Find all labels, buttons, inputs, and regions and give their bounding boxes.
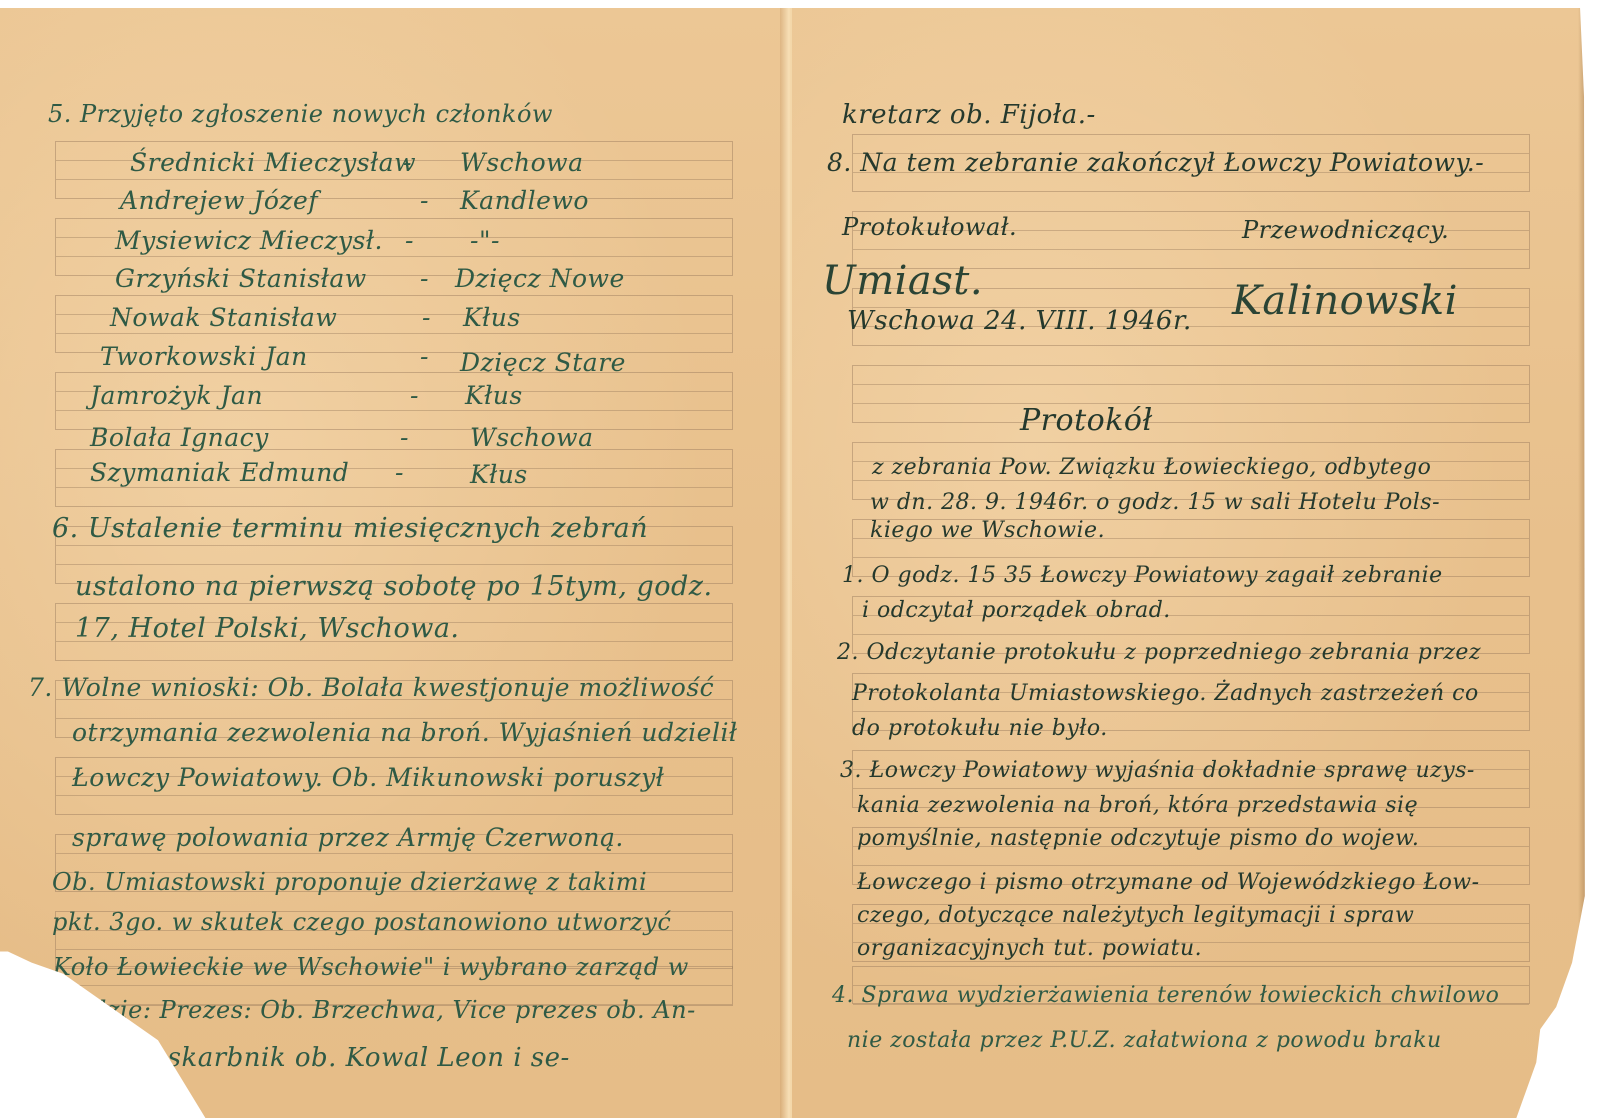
text-line: Łowczy Powiatowy. Ob. Mikunowski poruszy… [72,763,664,792]
item-line: nie została przez P.U.Z. załatwiona z po… [847,1028,1442,1053]
member-name: Grzyński Stanisław [115,264,367,293]
item-line: 3. Łowczy Powiatowy wyjaśnia dokładnie s… [840,758,1475,783]
text-line: 7. Wolne wnioski: Ob. Bolała kwestjonuje… [28,673,714,702]
item-line: pomyślnie, następnie odczytuje pismo do … [857,826,1419,851]
member-dash: - [410,381,419,410]
member-place: Dzięcz Stare [460,348,626,377]
item-5-heading: 5. Przyjęto zgłoszenie nowych członków [48,100,553,128]
text-line: drejew, skarbnik ob. Kowal Leon i se- [60,1043,570,1073]
member-place: -"- [470,226,500,255]
item-line: Łowczego i pismo otrzymane od Wojewódzki… [857,870,1480,895]
member-name: Andrejew Józef [120,186,318,215]
text-line: pkt. 3go. w skutek czego postanowiono ut… [52,908,671,936]
text-line: otrzymania zezwolenia na broń. Wyjaśnień… [72,718,738,747]
member-place: Kłus [465,381,523,410]
place-date: Wschowa 24. VIII. 1946r. [847,306,1192,336]
notebook-spread: 5. Przyjęto zgłoszenie nowych członków Ś… [0,0,1600,1118]
member-dash: - [420,264,429,293]
text-line: 17, Hotel Polski, Wschowa. [75,613,460,644]
item-line: 4. Sprawa wydzierżawienia terenów łowiec… [832,983,1499,1008]
recorder-label: Protokułował. [842,213,1017,241]
item-line: organizacyjnych tut. powiatu. [857,936,1202,961]
recorder-signature: Umiast. [822,258,983,304]
member-name: Bolała Ignacy [90,423,269,452]
text-line: ustalono na pierwszą sobotę po 15tym, go… [75,571,713,602]
item-line: i odczytał porządek obrad. [862,598,1171,623]
member-dash: - [422,303,431,332]
intro-line: w dn. 28. 9. 1946r. o godz. 15 w sali Ho… [870,490,1440,515]
member-place: Kłus [470,460,528,489]
right-page: kretarz ob. Fijoła.- 8. Na tem zebranie … [792,8,1588,1118]
member-place: Kandlewo [460,186,589,215]
left-page: 5. Przyjęto zgłoszenie nowych członków Ś… [0,8,790,1118]
text-line: Ob. Umiastowski proponuje dzierżawę z ta… [52,868,647,896]
chairman-label: Przewodniczący. [1242,216,1449,244]
chairman-signature: Kalinowski [1232,278,1458,324]
continuation-line: kretarz ob. Fijoła.- [842,100,1096,130]
item-line: czego, dotyczące należytych legitymacji … [857,903,1414,928]
member-place: Wschowa [460,148,583,177]
member-name: Szymaniak Edmund [90,458,349,487]
intro-line: kiego we Wschowie. [870,518,1105,543]
item-line: kania zezwolenia na broń, która przedsta… [857,793,1418,818]
text-line: „Koło Łowieckie we Wschowie" i wybrano z… [40,953,689,981]
member-dash: - [420,342,429,371]
member-place: Kłus [463,303,521,332]
member-dash: - [420,186,429,215]
member-dash: - [403,148,412,177]
member-dash: - [400,423,409,452]
item-8-line: 8. Na tem zebranie zakończył Łowczy Powi… [827,148,1484,177]
text-line: sprawę polowania przez Armję Czerwoną. [72,823,624,852]
item-line: 1. O godz. 15 35 Łowczy Powiatowy zagaił… [842,563,1443,588]
intro-line: z zebrania Pow. Związku Łowieckiego, odb… [872,455,1431,480]
item-line: Protokolanta Umiastowskiego. Żadnych zas… [852,681,1479,706]
member-place: Wschowa [470,423,593,452]
member-name: Tworkowski Jan [100,342,308,371]
item-line: 2. Odczytanie protokułu z poprzedniego z… [837,640,1481,665]
member-name: Średnicki Mieczysław [130,148,416,177]
member-place: Dzięcz Nowe [455,264,625,293]
member-name: Jamrożyk Jan [90,381,263,410]
protokol-title: Protokół [1020,403,1153,438]
text-line: składzie: Prezes: Ob. Brzechwa, Vice pre… [40,996,696,1024]
member-dash: - [395,458,404,487]
member-dash: - [405,226,414,255]
text-line: 6. Ustalenie terminu miesięcznych zebrań [52,513,648,544]
member-name: Mysiewicz Mieczysł. [115,226,383,255]
item-line: do protokułu nie było. [852,716,1108,741]
member-name: Nowak Stanisław [110,303,337,332]
